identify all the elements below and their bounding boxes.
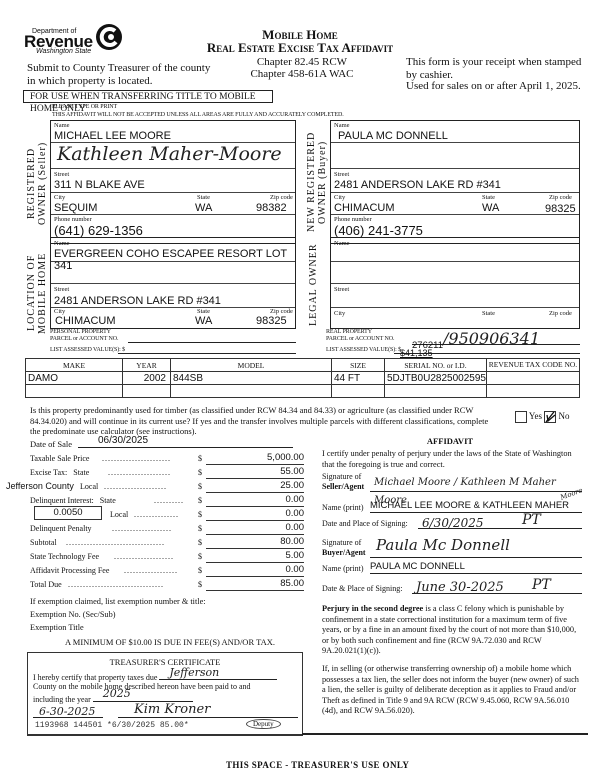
submit-note: Submit to County Treasurer of the county… <box>27 62 212 88</box>
excise-local-field[interactable]: 25.00 <box>206 480 304 493</box>
col-size: SIZE <box>332 359 385 372</box>
treasurer-county-field[interactable]: Jefferson <box>159 670 277 680</box>
treasurer-use-divider <box>302 733 588 735</box>
excise-state-row: Excise Tax: State..................... $… <box>30 466 306 480</box>
affidavit-processing-fee-row: Affidavit Processing Fee................… <box>30 564 306 578</box>
seller-city-field[interactable]: SEQUIM <box>54 202 97 214</box>
treasurer-date-field[interactable]: 6-30-2025 <box>33 705 103 718</box>
table-row: DAMO 2002 844SB 44 FT 5DJTB0U2825002595 <box>26 372 580 385</box>
perjury-warning: Perjury in the second degree is a class … <box>322 604 584 657</box>
table-header-row: MAKE YEAR MODEL SIZE SERIAL NO. or I.D. … <box>26 359 580 372</box>
year-cell[interactable]: 2002 <box>123 372 171 385</box>
buyer-signature-field[interactable]: Paula Mc Donnell <box>370 536 582 558</box>
delinquent-interest-state-field[interactable]: 0.00 <box>206 494 304 507</box>
tax-code-cell[interactable] <box>486 372 579 385</box>
state-technology-fee-field[interactable]: 5.00 <box>206 550 304 563</box>
personal-property-account-field[interactable] <box>128 335 296 343</box>
model-cell[interactable] <box>171 385 332 398</box>
excise-local-row: Local..................... $ 25.00 <box>30 480 306 494</box>
make-cell[interactable]: DAMO <box>26 372 123 385</box>
buyer-zip-field[interactable]: 98325 <box>545 203 576 215</box>
seller-name-print-field[interactable]: MICHAEL LEE MOORE & KATHLEEN MAHER <box>370 500 582 513</box>
location-city-field[interactable]: CHIMACUM <box>55 315 116 327</box>
date-of-sale-label: Date of Sale <box>30 439 72 449</box>
tax-code-cell[interactable] <box>486 385 579 398</box>
personal-property-label: PERSONAL PROPERTYPARCEL or ACCOUNT NO. <box>50 329 118 343</box>
receipt-stamp: 1193968 144501 *6/30/2025 85.00* <box>35 721 189 730</box>
legal-owner-box: Name Street City State Zip code <box>330 237 580 329</box>
affidavit-certification: I certify under penalty of perjury under… <box>322 449 582 470</box>
serial-cell[interactable] <box>385 385 487 398</box>
subtotal-field[interactable]: 80.00 <box>206 536 304 549</box>
model-cell[interactable]: 844SB <box>171 372 332 385</box>
delinquent-interest-local-row: Local............... $ 0.00 <box>30 508 306 522</box>
form-title-line2: Real Estate Excise Tax Affidavit <box>180 40 420 55</box>
total-due-row: Total Due...............................… <box>30 578 306 592</box>
sales-date-note: Used for sales on or after April 1, 2025… <box>406 80 596 93</box>
real-property-label: REAL PROPERTYPARCEL or ACCOUNT NO. <box>326 329 394 343</box>
seller-name-field[interactable]: MICHAEL LEE MOORE <box>54 130 171 142</box>
col-year: YEAR <box>123 359 171 372</box>
buyer-city-field[interactable]: CHIMACUM <box>334 202 395 214</box>
seller-date-place-label: Date and Place of Signing: <box>322 519 408 528</box>
rp-assessed-value-field[interactable]: $41,135 <box>394 344 580 354</box>
size-cell[interactable]: 44 FT <box>332 372 385 385</box>
treasurer-certificate-title: TREASURER'S CERTIFICATE <box>28 657 302 667</box>
seller-date-place-field[interactable]: 6/30/2025 PT <box>418 514 582 529</box>
buyer-name-print-label: Name (print) <box>322 564 364 573</box>
seller-zip-field[interactable]: 98382 <box>256 202 287 214</box>
location-section-label: LOCATION OFMOBILE HOME <box>26 238 50 348</box>
buyer-name-field[interactable]: PAULA MC DONNELL <box>338 130 448 142</box>
dor-logo: Department of Revenue Washington State <box>24 22 104 54</box>
timber-question: Is this property predominantly used for … <box>30 405 500 437</box>
treasurers-certificate-box: TREASURER'S CERTIFICATE I hereby certify… <box>27 652 303 736</box>
location-box: Name EVERGREEN COHO ESCAPEE RESORT LOT 3… <box>50 237 296 329</box>
logo-revenue-text: Revenue <box>24 34 93 49</box>
treasurer-year-field[interactable]: 2025 <box>93 692 193 702</box>
seller-section-label: REGISTEREDOWNER (Seller) <box>26 122 50 244</box>
delinquent-penalty-row: Delinquent Penalty.................... $… <box>30 522 306 536</box>
type-or-print-note: PLEASE TYPE OR PRINT <box>52 104 117 110</box>
col-serial: SERIAL NO. or I.D. <box>385 359 487 372</box>
real-property-account-field[interactable]: 276211/950906341 <box>412 329 580 345</box>
date-of-sale-field[interactable]: 06/30/2025 <box>78 435 293 448</box>
delinquent-interest-local-field[interactable]: 0.00 <box>206 508 304 521</box>
location-street-field[interactable]: 2481 ANDERSON LAKE RD #341 <box>54 295 221 307</box>
legal-owner-section-label: LEGAL OWNER <box>308 240 328 330</box>
seller-signature-label: Signature ofSeller/Agent <box>322 472 364 492</box>
seller-signature-field[interactable]: Michael Moore / Kathleen M Maher Moore <box>370 470 582 492</box>
rp-assessed-label: LIST ASSESSED VALUE(S): $ <box>326 347 401 353</box>
buyer-box: Name PAULA MC DONNELL Street 2481 ANDERS… <box>330 120 580 244</box>
timber-yes-checkbox[interactable] <box>515 411 527 423</box>
buyer-date-place-label: Date & Place of Signing: <box>322 584 402 593</box>
pp-assessed-label: LIST ASSESSED VALUE(S): $ <box>50 347 125 353</box>
seller-state-field[interactable]: WA <box>195 202 212 214</box>
timber-no-checkbox[interactable] <box>544 411 556 423</box>
treasurer-use-only-label: THIS SPACE - TREASURER'S USE ONLY <box>226 760 409 770</box>
treasurer-signature-field[interactable]: Kim Kroner <box>118 705 298 718</box>
receipt-note: This form is your receipt when stamped b… <box>406 56 586 82</box>
taxable-sale-price-field[interactable]: 5,000.00 <box>206 452 304 465</box>
treasurer-line2: County on the mobile home described here… <box>33 682 251 691</box>
buyer-phone-field[interactable]: (406) 241-3775 <box>334 223 423 238</box>
location-state-field[interactable]: WA <box>195 315 212 327</box>
affidavit-title: AFFIDAVIT <box>320 436 580 446</box>
col-model: MODEL <box>171 359 332 372</box>
exemption-intro: If exemption claimed, list exemption num… <box>30 597 206 606</box>
buyer-signature-label: Signature ofBuyer/Agent <box>322 538 366 558</box>
completion-warning: THIS AFFIDAVIT WILL NOT BE ACCEPTED UNLE… <box>52 112 344 118</box>
buyer-date-place-field[interactable]: June 30-2025 PT <box>412 578 582 594</box>
excise-state-field[interactable]: 55.00 <box>206 466 304 479</box>
col-make: MAKE <box>26 359 123 372</box>
table-row <box>26 385 580 398</box>
taxable-sale-price-row: Taxable Sale Price......................… <box>30 452 306 466</box>
tax-lien-warning: If, in selling (or otherwise transferrin… <box>322 664 584 717</box>
col-tax-code: REVENUE TAX CODE NO. <box>486 359 579 372</box>
logo-state-text: Washington State <box>36 48 91 55</box>
minimum-due-note: A MINIMUM OF $10.00 IS DUE IN FEE(S) AND… <box>30 637 310 647</box>
buyer-name-print-field[interactable]: PAULA MC DONNELL <box>370 561 582 574</box>
subtotal-row: Subtotal................................… <box>30 536 306 550</box>
pp-assessed-value-field[interactable] <box>118 346 296 354</box>
serial-cell[interactable]: 5DJTB0U2825002595 <box>385 372 487 385</box>
exemption-title-label: Exemption Title <box>30 623 84 632</box>
chapter-wac: Chapter 458-61A WAC <box>242 68 362 81</box>
location-zip-field[interactable]: 98325 <box>256 315 287 327</box>
seller-name2-field[interactable]: Kathleen Maher-Moore <box>57 143 282 165</box>
size-cell[interactable] <box>332 385 385 398</box>
timber-yes-no: Yes No <box>515 411 570 423</box>
total-due-field[interactable]: 85.00 <box>206 578 304 591</box>
state-technology-fee-row: State Technology Fee....................… <box>30 550 306 564</box>
buyer-street-field[interactable]: 2481 ANDERSON LAKE RD #341 <box>334 179 501 191</box>
checkmark-icon <box>545 412 557 424</box>
seller-phone-field[interactable]: (641) 629-1356 <box>54 223 143 238</box>
deputy-label: Deputy <box>246 719 281 729</box>
year-cell[interactable] <box>123 385 171 398</box>
exemption-number-label: Exemption No. (Sec/Sub) <box>30 610 116 619</box>
buyer-state-field[interactable]: WA <box>482 202 499 214</box>
affidavit-processing-fee-field[interactable]: 0.00 <box>206 564 304 577</box>
mobile-home-table: MAKE YEAR MODEL SIZE SERIAL NO. or I.D. … <box>25 358 580 398</box>
seller-name-print-label: Name (print) <box>322 503 364 512</box>
buyer-section-label: NEW REGISTEREDOWNER (Buyer) <box>306 120 330 244</box>
revenue-swirl-icon <box>94 22 124 52</box>
seller-street-field[interactable]: 311 N BLAKE AVE <box>54 179 145 191</box>
seller-box: Name MICHAEL LEE MOORE Kathleen Maher-Mo… <box>50 120 296 244</box>
delinquent-penalty-field[interactable]: 0.00 <box>206 522 304 535</box>
make-cell[interactable] <box>26 385 123 398</box>
mobile-home-only-notice: FOR USE WHEN TRANSFERRING TITLE TO MOBIL… <box>23 90 273 103</box>
